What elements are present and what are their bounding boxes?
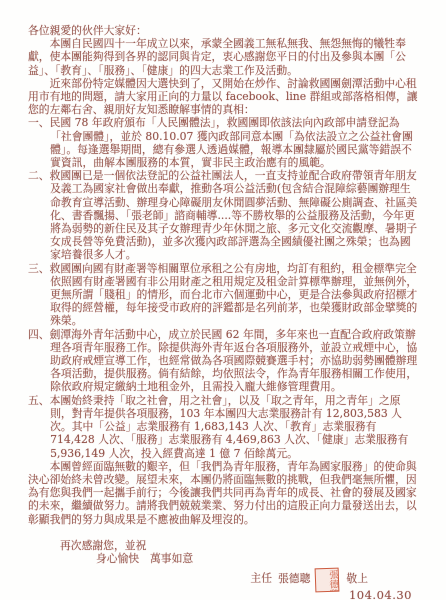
signer-name: 張德聰	[278, 572, 310, 585]
list-marker-2: 二、	[28, 169, 50, 182]
list-marker-5: 五、	[28, 394, 50, 407]
list-item-3: 三、救國團向國有財產署等相關單位承租之公有房地，均訂有租約，租金標準完全依照國有…	[28, 262, 420, 328]
list-item-1: 一、民國 78 年政府頒布「人民團體法」，救國團即依該法向內政部申請登記為「社會…	[28, 116, 420, 169]
signer-title: 主任	[250, 572, 272, 585]
list-marker-1: 一、	[28, 116, 50, 129]
list-text-5: 本團始終秉持「取之社會，用之社會」，以及「取之青年，用之青年」之原則，對青年提供…	[50, 394, 409, 460]
list-marker-4: 四、	[28, 328, 50, 341]
letter-page: 各位親愛的伙伴大家好： 本團自民國四十一年成立以來，承蒙全國義工無私無我、無怨無…	[0, 0, 446, 600]
greeting-line: 各位親愛的伙伴大家好：	[28, 24, 420, 37]
list-marker-3: 三、	[28, 262, 50, 275]
numbered-list: 一、民國 78 年政府頒布「人民團體法」，救國團即依該法向內政部申請登記為「社會…	[28, 116, 420, 459]
seal-text: 張德聰印	[317, 570, 338, 591]
wish-line: 身心愉快 萬事如意	[28, 552, 420, 565]
list-item-4: 四、劍潭海外青年活動中心，成立於民國 62 年間，多年來也一直配合政府政策辦理各…	[28, 328, 420, 394]
signature-block: 主任張德聰張德聰印敬上	[28, 568, 420, 589]
list-text-4: 劍潭海外青年活動中心，成立於民國 62 年間，多年來也一直配合政府政策辦理各項青…	[50, 328, 418, 394]
list-text-1: 民國 78 年政府頒布「人民團體法」，救國團即依該法向內政部申請登記為「社會團體…	[50, 116, 413, 169]
list-text-2: 救國團已是一個依法登記的公益社團法人，一直支持並配合政府帶領青年朋友及義工為國家…	[50, 169, 418, 261]
thanks-line: 再次感謝您，並祝	[28, 539, 420, 552]
list-text-3: 救國團向國有財產署等相關單位承租之公有房地，均訂有租約，租金標準完全依照國有財產…	[50, 262, 418, 328]
signature-seal-icon: 張德聰印	[315, 568, 340, 593]
list-item-2: 二、救國團已是一個依法登記的公益社團法人，一直支持並配合政府帶領青年朋友及義工為…	[28, 169, 420, 261]
list-item-5: 五、本團始終秉持「取之社會，用之社會」，以及「取之青年，用之青年」之原則，對青年…	[28, 394, 420, 460]
paragraph-intro: 本團自民國四十一年成立以來，承蒙全國義工無私無我、無怨無悔的犧牲奉獻，使本團能夠…	[28, 37, 420, 77]
paragraph-context: 近來部份特定媒體因大選快到了，又開始在炒作、討論救國團劍潭活動中心租用市有地的問…	[28, 77, 420, 117]
signature-respect: 敬上	[346, 572, 368, 585]
date-line: 104.04.30	[28, 589, 420, 600]
paragraph-closing: 本團曾經面臨無數的艱辛，但「我們為青年服務，青年為國家服務」的使命與決心卻始終未…	[28, 460, 420, 526]
